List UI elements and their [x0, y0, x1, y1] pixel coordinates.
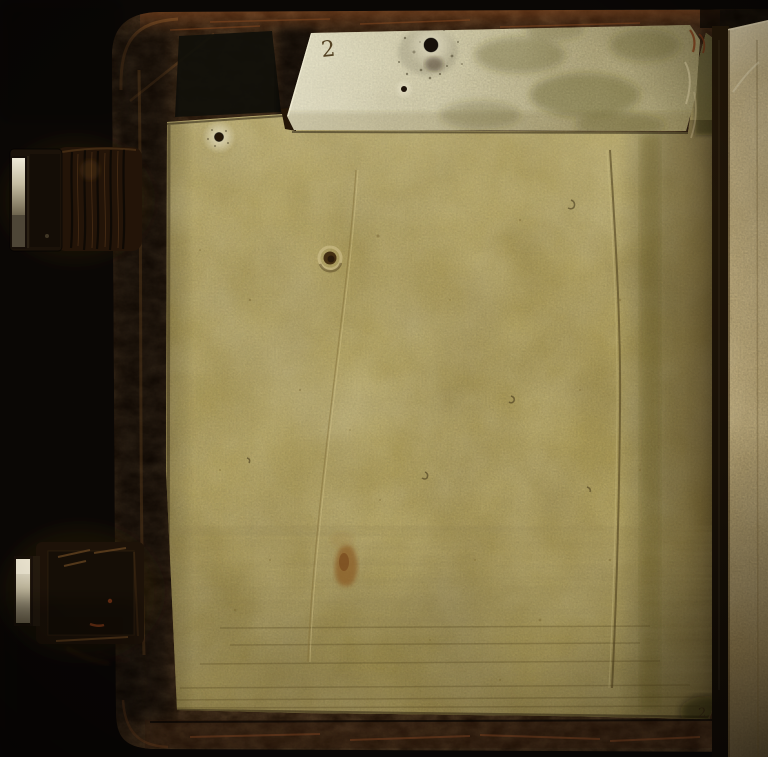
corner-shade-bl	[0, 600, 140, 757]
photo-stage: 2 2.	[0, 0, 768, 757]
manuscript-photo: 2 2.	[0, 0, 768, 757]
corner-shade-tl	[0, 0, 120, 120]
